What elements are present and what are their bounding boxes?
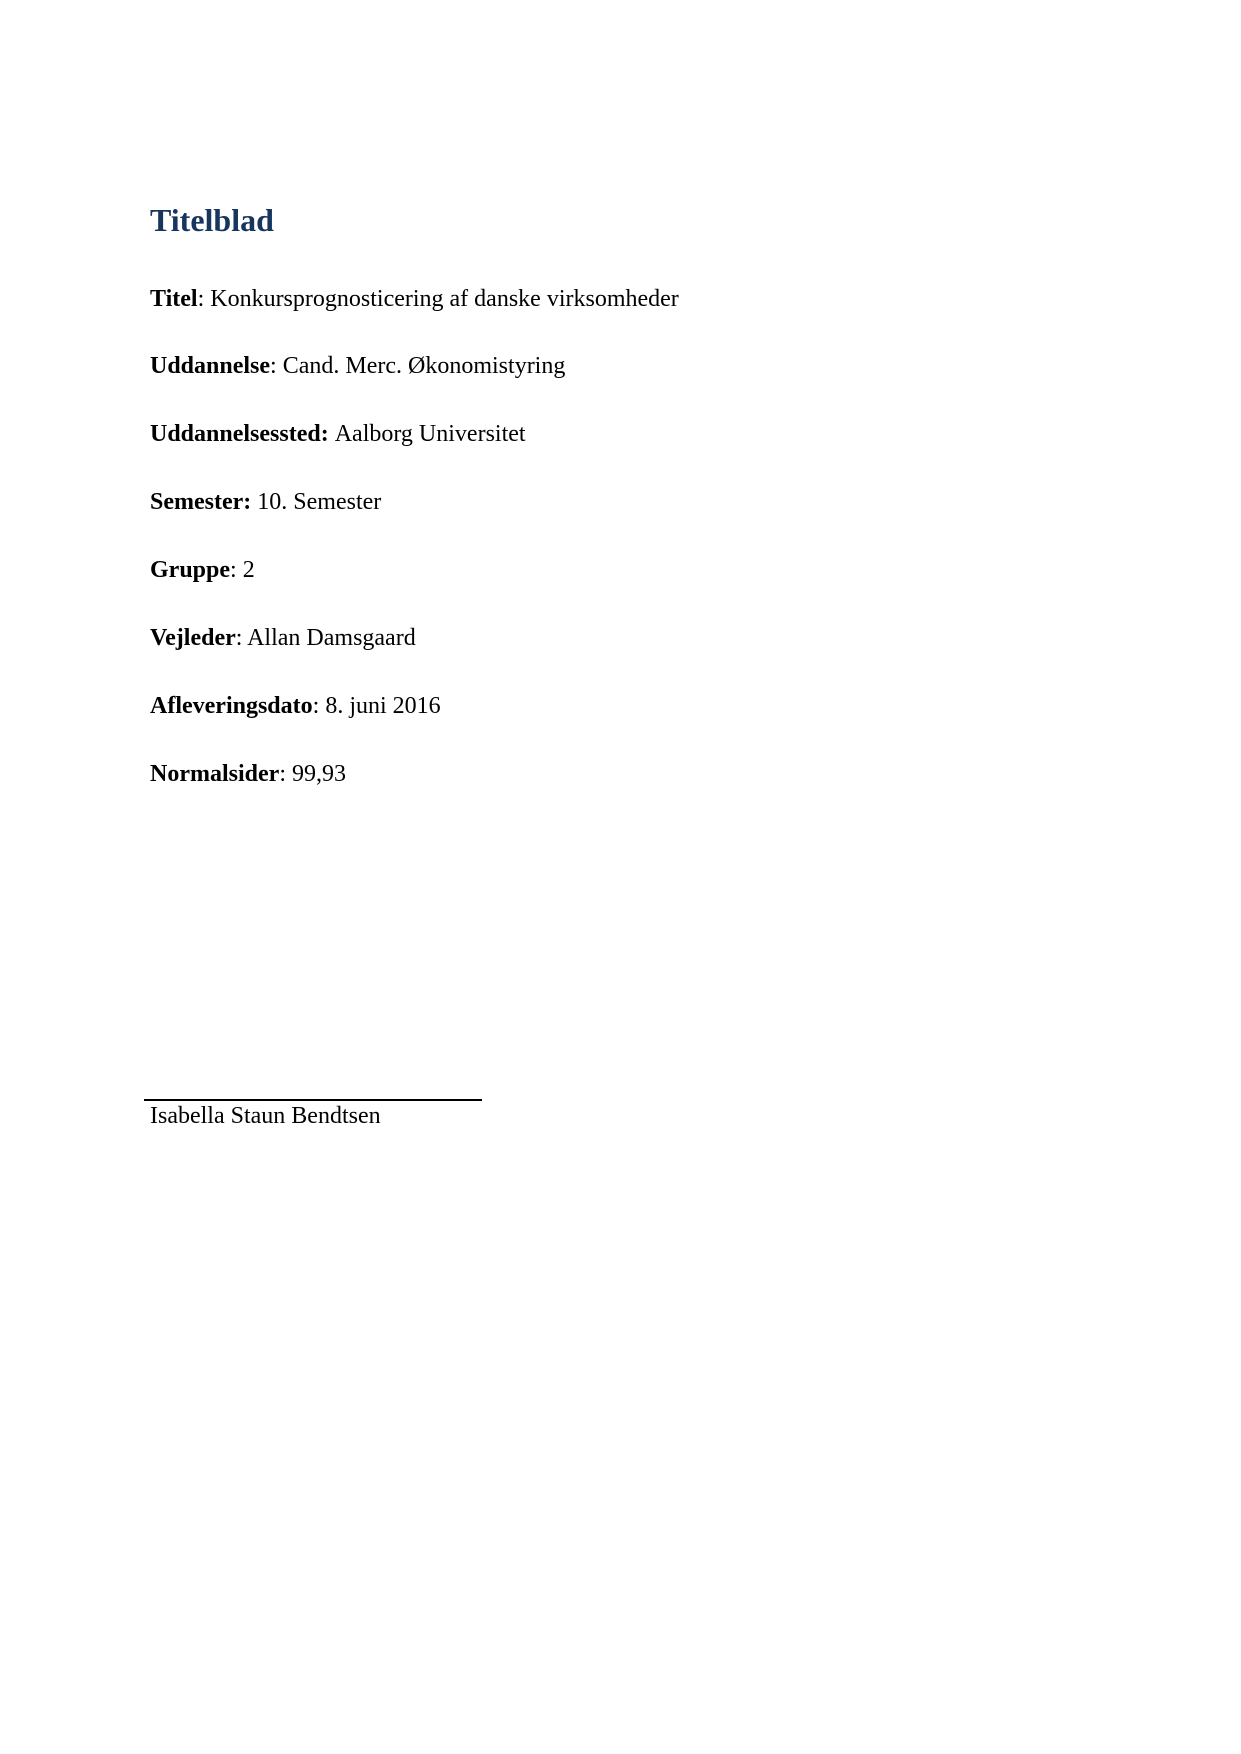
field-value: 2 <box>243 557 255 583</box>
field-gruppe: Gruppe: 2 <box>150 555 255 585</box>
field-label: Afleveringsdato <box>150 693 313 719</box>
field-separator: : <box>236 625 247 651</box>
field-label: Normalsider <box>150 761 279 787</box>
field-separator: : <box>243 489 257 515</box>
field-afleveringsdato: Afleveringsdato: 8. juni 2016 <box>150 691 441 721</box>
field-separator: : <box>279 761 292 787</box>
field-uddannelsessted: Uddannelsessted: Aalborg Universitet <box>150 419 526 449</box>
field-separator: : <box>313 693 326 719</box>
field-label: Semester <box>150 489 243 515</box>
field-titel: Titel: Konkursprognosticering af danske … <box>150 284 679 314</box>
field-semester: Semester: 10. Semester <box>150 487 381 517</box>
field-vejleder: Vejleder: Allan Damsgaard <box>150 623 416 653</box>
field-label: Titel <box>150 286 198 312</box>
page-title: Titelblad <box>150 200 274 240</box>
field-label: Uddannelse <box>150 353 270 379</box>
field-value: 99,93 <box>292 761 346 787</box>
field-separator: : <box>270 353 283 379</box>
field-normalsider: Normalsider: 99,93 <box>150 759 346 789</box>
field-value: Allan Damsgaard <box>247 625 416 651</box>
field-value: Aalborg Universitet <box>335 421 526 447</box>
signature-name: Isabella Staun Bendtsen <box>150 1101 381 1131</box>
field-label: Gruppe <box>150 557 230 583</box>
field-value: Konkursprognosticering af danske virksom… <box>210 286 679 312</box>
field-uddannelse: Uddannelse: Cand. Merc. Økonomistyring <box>150 351 565 381</box>
field-separator: : <box>321 421 335 447</box>
field-separator: : <box>230 557 243 583</box>
field-value: 10. Semester <box>257 489 381 515</box>
field-separator: : <box>198 286 211 312</box>
field-value: 8. juni 2016 <box>325 693 440 719</box>
field-label: Vejleder <box>150 625 236 651</box>
field-label: Uddannelsessted <box>150 421 321 447</box>
field-value: Cand. Merc. Økonomistyring <box>283 353 566 379</box>
